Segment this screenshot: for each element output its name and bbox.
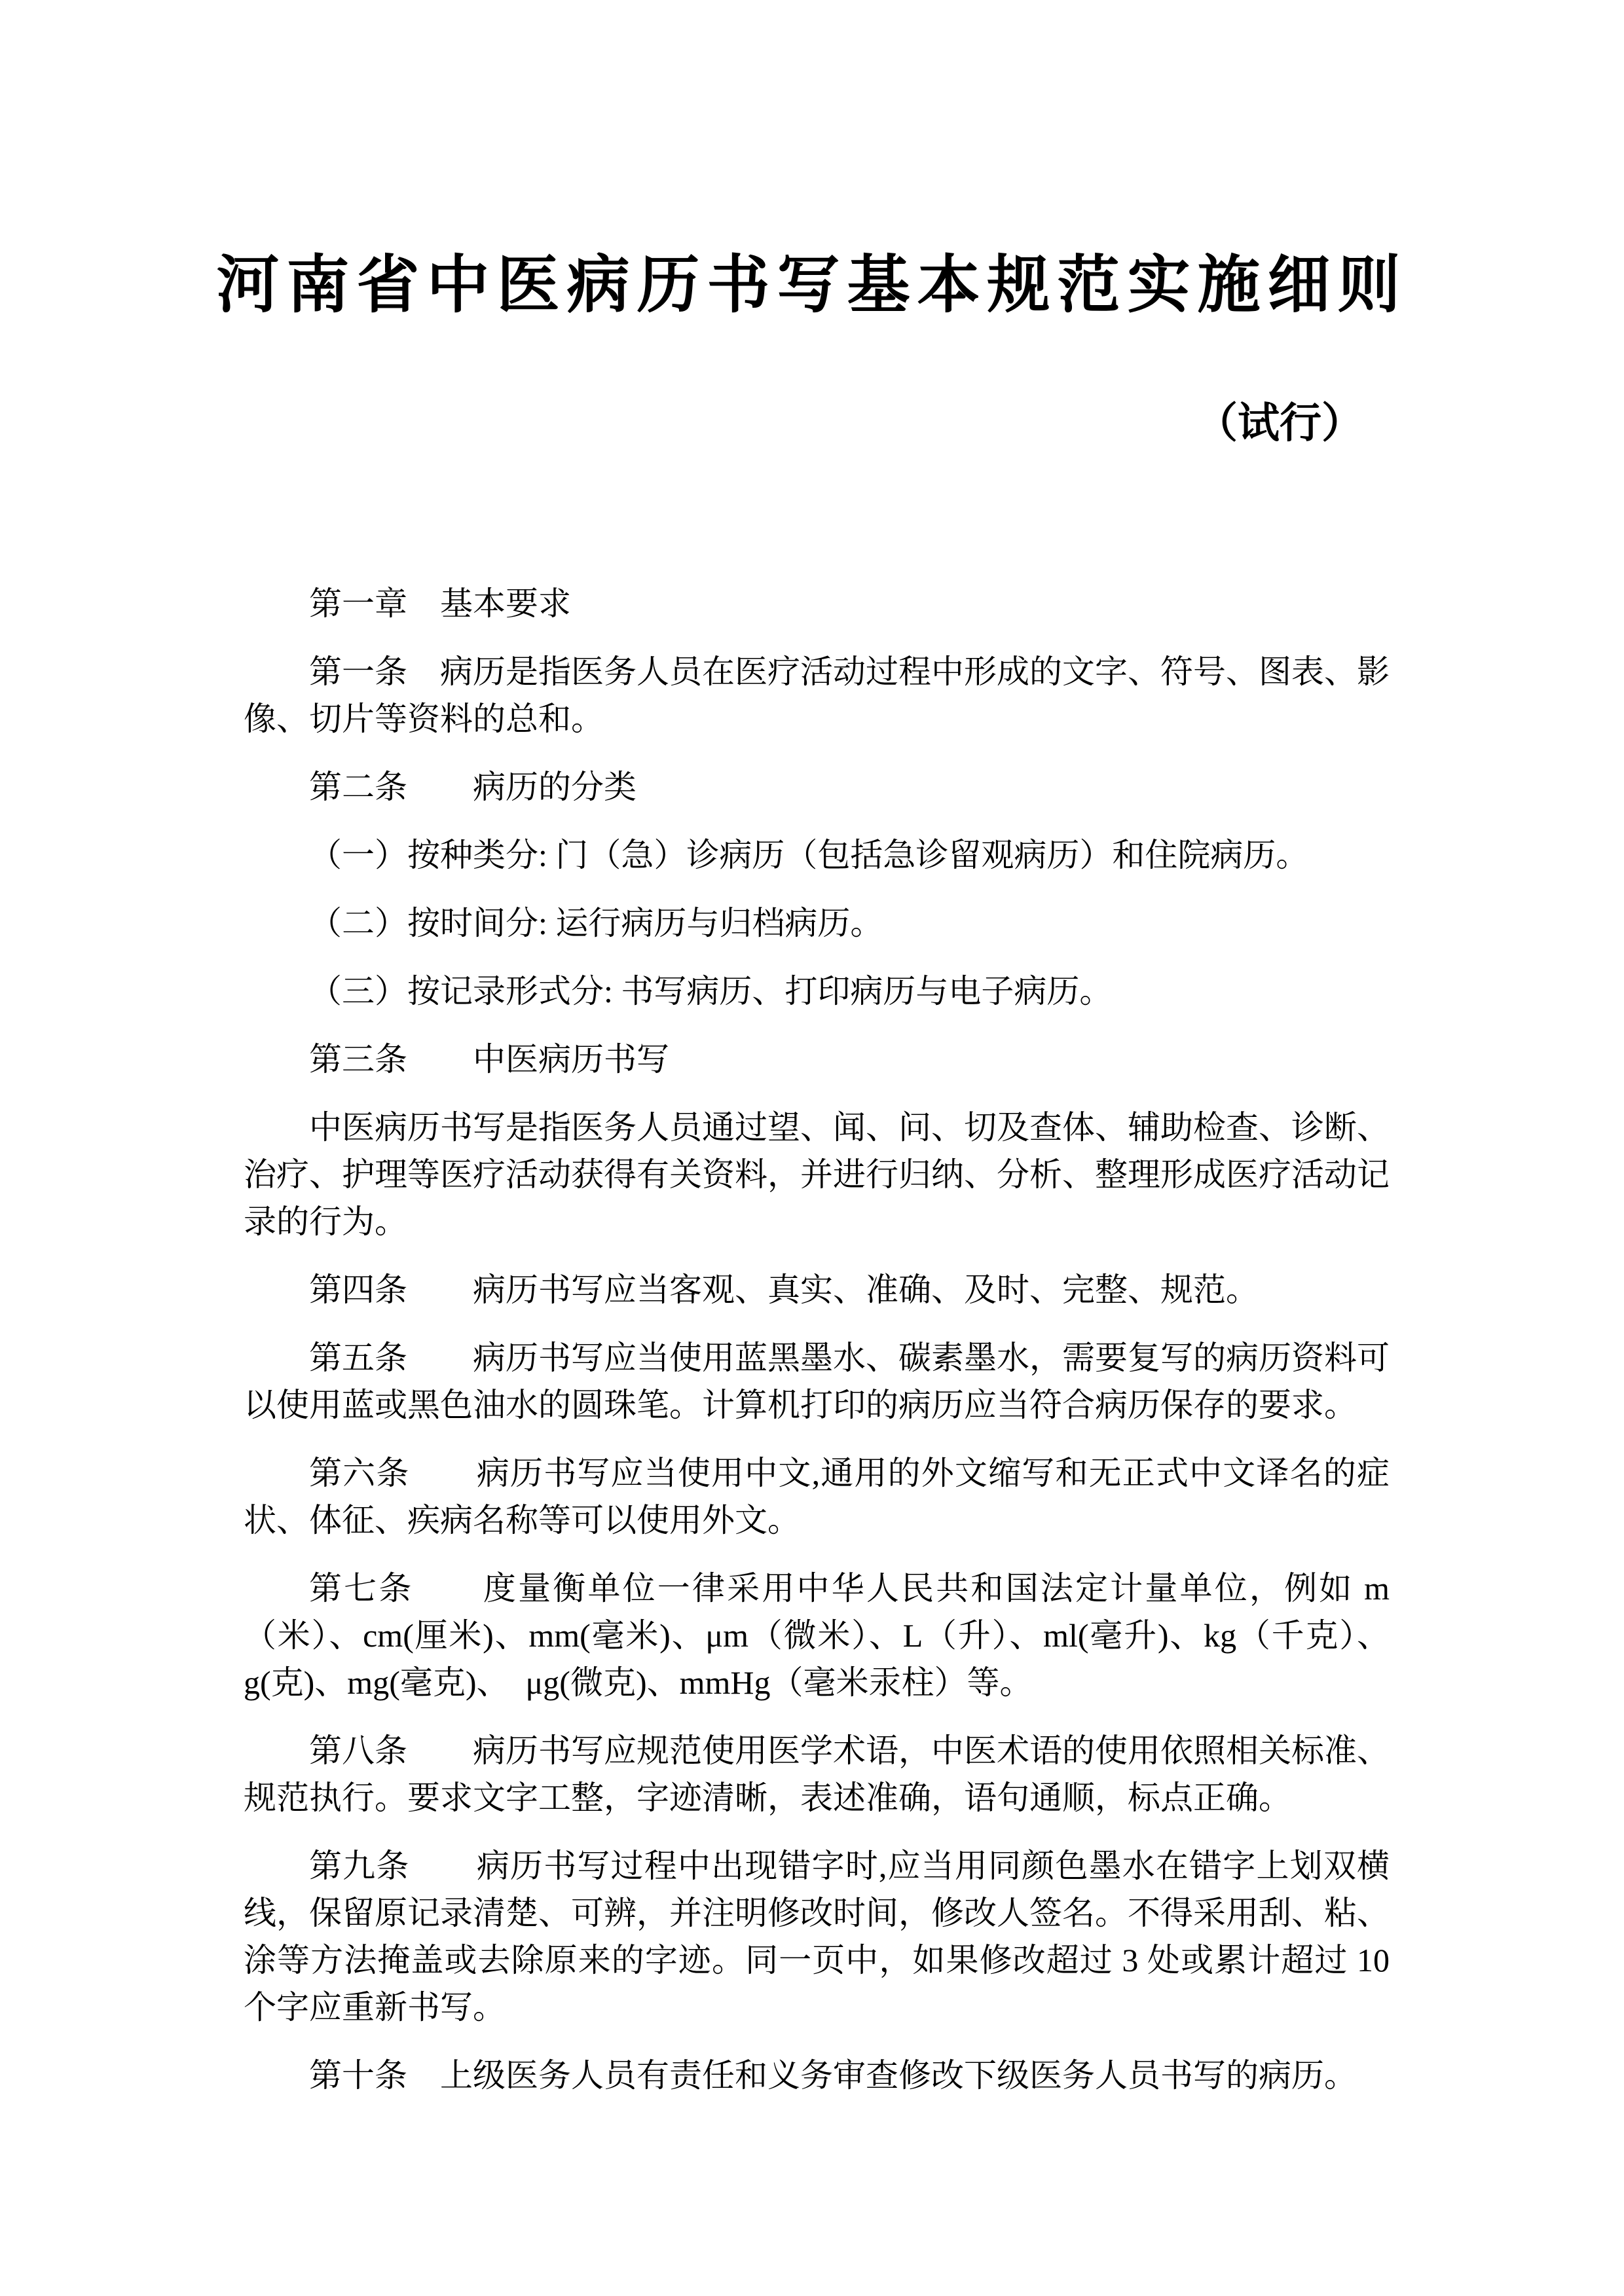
chapter-1-heading: 第一章 基本要求	[244, 580, 1390, 627]
article-3-heading: 第三条 中医病历书写	[244, 1036, 1390, 1083]
article-2-item-1: （一）按种类分: 门（急）诊病历（包括急诊留观病历）和住院病历。	[244, 831, 1390, 879]
article-4: 第四条 病历书写应当客观、真实、准确、及时、完整、规范。	[244, 1266, 1390, 1313]
article-10: 第十条 上级医务人员有责任和义务审查修改下级医务人员书写的病历。	[244, 2052, 1390, 2099]
article-9: 第九条 病历书写过程中出现错字时,应当用同颜色墨水在错字上划双横线，保留原记录清…	[244, 1842, 1390, 2031]
article-7: 第七条 度量衡单位一律采用中华人民共和国法定计量单位，例如 m（米）、cm(厘米…	[244, 1565, 1390, 1706]
article-5: 第五条 病历书写应当使用蓝黑墨水、碳素墨水，需要复写的病历资料可以使用蓝或黑色油…	[244, 1334, 1390, 1429]
article-6: 第六条 病历书写应当使用中文,通用的外文缩写和无正式中文译名的症状、体征、疾病名…	[244, 1449, 1390, 1544]
article-8: 第八条 病历书写应规范使用医学术语，中医术语的使用依照相关标准、规范执行。要求文…	[244, 1727, 1390, 1821]
article-2-item-2: （二）按时间分: 运行病历与归档病历。	[244, 900, 1390, 947]
document-title: 河南省中医病历书写基本规范实施细则	[0, 250, 1624, 321]
document-subtitle: （试行）	[1196, 401, 1363, 446]
document-page: 河南省中医病历书写基本规范实施细则 （试行） 第一章 基本要求 第一条 病历是指…	[0, 0, 1624, 2296]
article-2-item-3: （三）按记录形式分: 书写病历、打印病历与电子病历。	[244, 968, 1390, 1015]
article-3-body: 中医病历书写是指医务人员通过望、闻、问、切及查体、辅助检查、诊断、治疗、护理等医…	[244, 1104, 1390, 1245]
article-2-heading: 第二条 病历的分类	[244, 763, 1390, 811]
article-1: 第一条 病历是指医务人员在医疗活动过程中形成的文字、符号、图表、影像、切片等资料…	[244, 648, 1390, 742]
document-body: 第一章 基本要求 第一条 病历是指医务人员在医疗活动过程中形成的文字、符号、图表…	[244, 580, 1390, 2120]
